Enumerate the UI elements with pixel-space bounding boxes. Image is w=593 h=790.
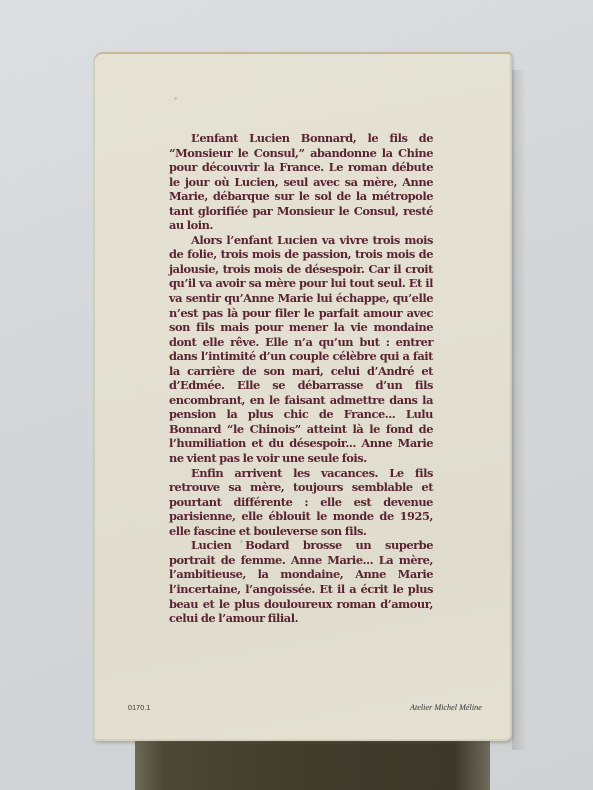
design-credit: Atelier Michel Méline xyxy=(410,703,482,712)
catalog-code: 0170.1 xyxy=(128,705,151,712)
cover-spot xyxy=(174,97,177,100)
blurb-text: L’enfant Lucien Bonnard, le fils de “Mon… xyxy=(169,131,433,626)
blurb-paragraph: Alors l’enfant Lucien va vivre trois moi… xyxy=(169,233,433,466)
blurb-paragraph: L’enfant Lucien Bonnard, le fils de “Mon… xyxy=(169,131,433,233)
book-shadow xyxy=(135,741,490,790)
blurb-paragraph: Enfin arrivent les vacances. Le fils ret… xyxy=(169,466,433,539)
blurb-paragraph: Lucien Bodard brosse un superbe portrait… xyxy=(169,538,433,625)
book-back-cover: L’enfant Lucien Bonnard, le fils de “Mon… xyxy=(94,52,512,741)
book-edge-shadow xyxy=(512,70,526,750)
